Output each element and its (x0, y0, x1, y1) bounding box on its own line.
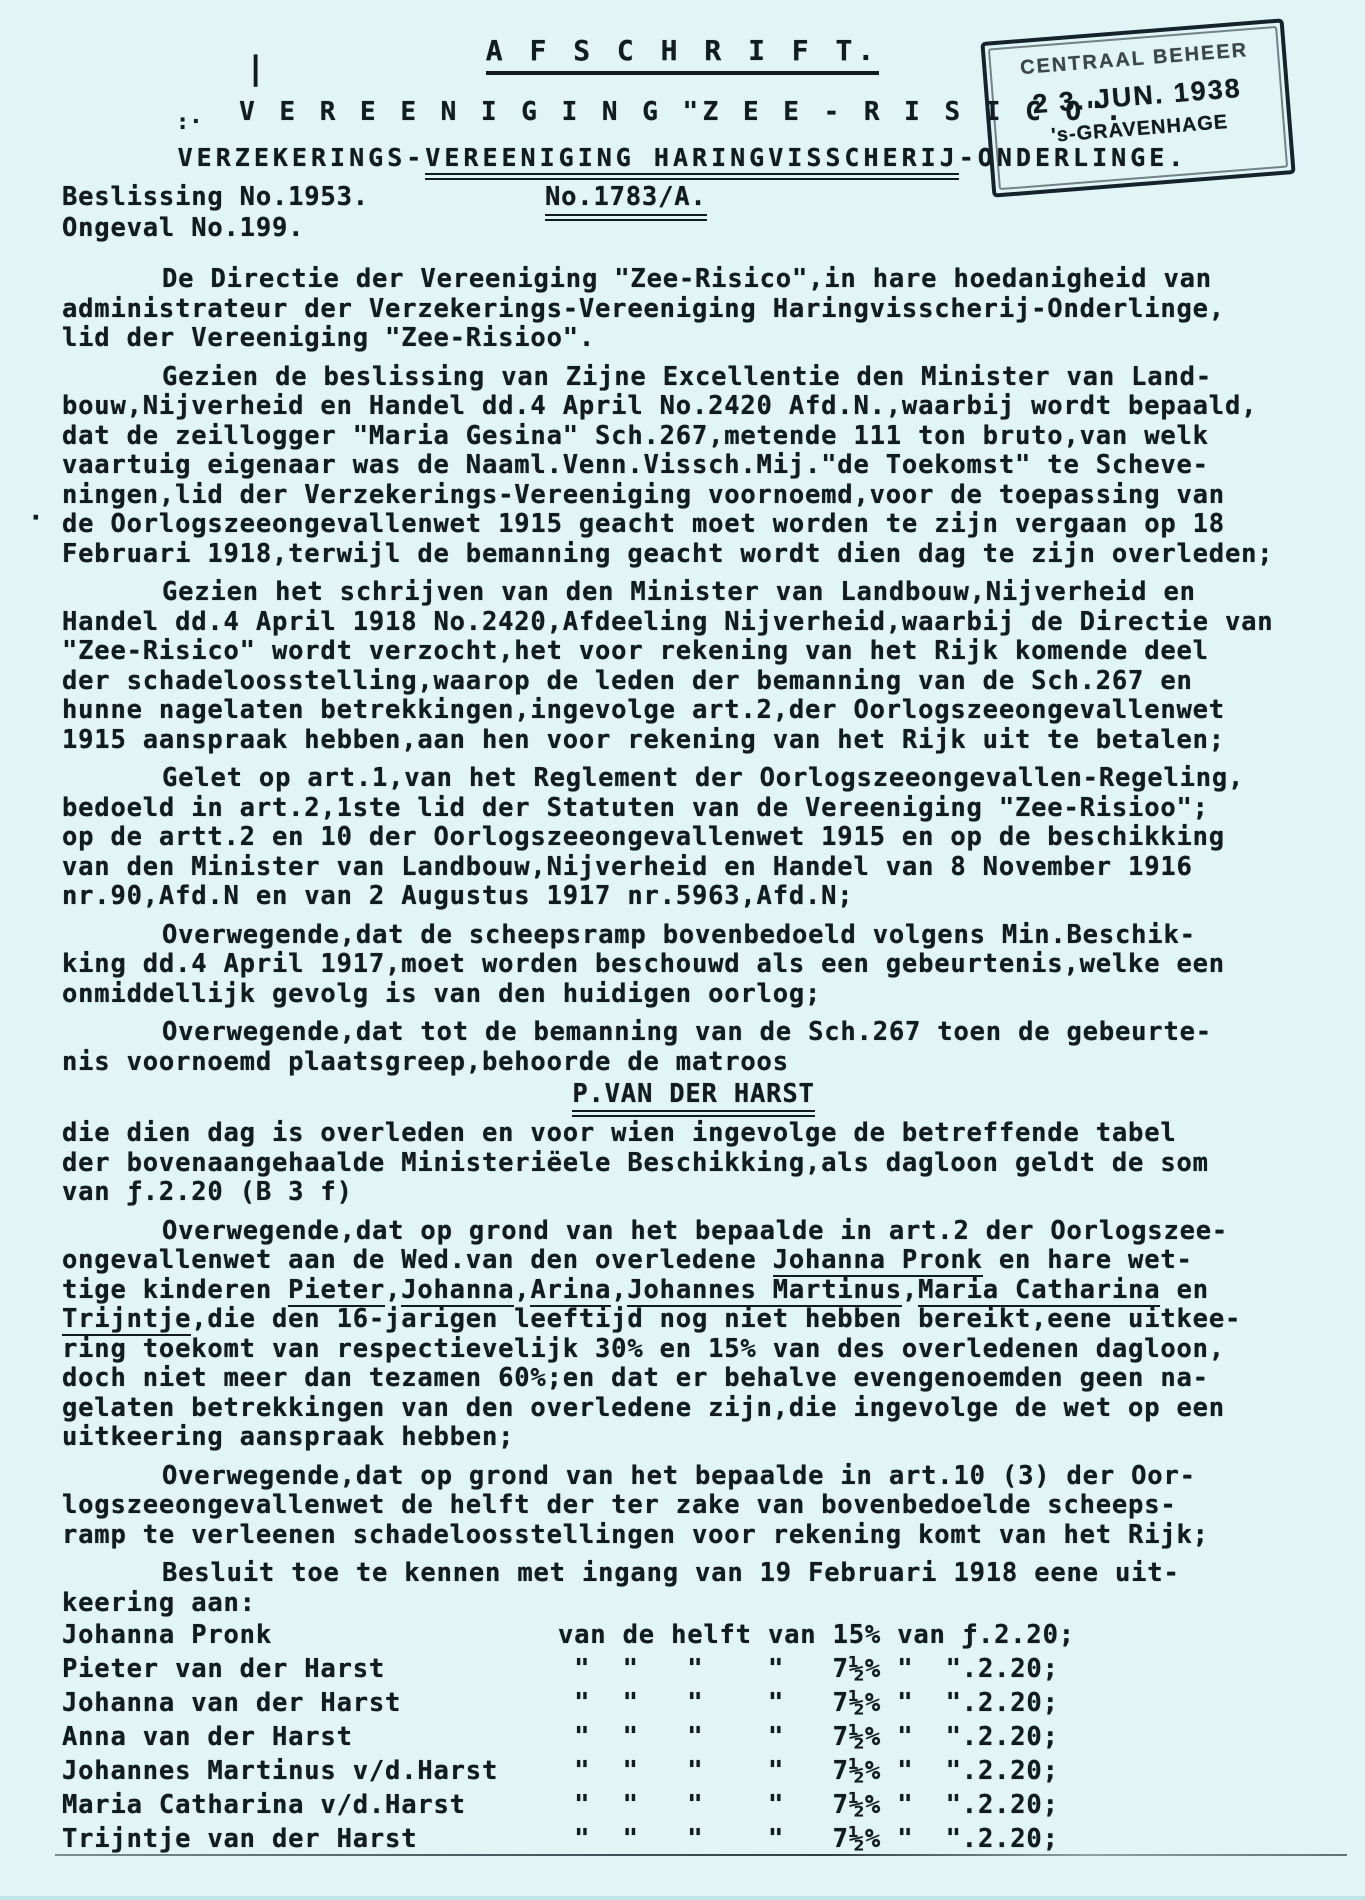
underlined-name: Johanna (401, 1275, 514, 1307)
text-line: hunne nagelaten betrekkingen,ingevolge a… (62, 696, 1325, 726)
beneficiary-name: Maria Catharina v/d.Harst (62, 1788, 558, 1822)
text-line: ramp te verleenen schadeloosstellingen v… (62, 1521, 1325, 1551)
text-line: De Directie der Vereeniging "Zee-Risico"… (62, 265, 1325, 295)
text-line: Handel dd.4 April 1918 No.2420,Afdeeling… (62, 608, 1325, 638)
text-line: Overwegende,dat de scheepsramp bovenbedo… (62, 921, 1325, 951)
underlined-name: Maria Catharina (918, 1275, 1160, 1307)
paragraph: Overwegende,dat op grond van het bepaald… (62, 1217, 1325, 1453)
text-line: Besluit toe te kennen met ingang van 19 … (62, 1559, 1325, 1589)
award-value: " " " " 7½% " ".2.20; (558, 1756, 1059, 1786)
text-segment: de Oorlogszeeongevallenwet 1915 geacht m… (62, 509, 1225, 539)
paragraph: De Directie der Vereeniging "Zee-Risico"… (62, 265, 1325, 354)
award-row: Johanna van der Harst " " " " 7½% " ".2.… (62, 1686, 1325, 1720)
text-segment: logszeeongevallenwet de helft der ter za… (62, 1490, 1177, 1520)
text-line: der schadeloosstelling,waarop de leden d… (62, 667, 1325, 697)
text-line: Overwegende,dat tot de bemanning van de … (62, 1018, 1325, 1048)
text-line: lid der Vereeniging "Zee-Risioo". (62, 324, 1325, 354)
association-line-underlined: VEREENIGING HARINGVISSCHERIJ (425, 143, 958, 180)
text-line: 1915 aanspraak hebben,aan hen voor reken… (62, 726, 1325, 756)
person-name-heading: P.VAN DER HARST (62, 1079, 1325, 1110)
text-line: op de artt.2 en 10 der Oorlogszeeongeval… (62, 823, 1325, 853)
text-line: Overwegende,dat op grond van het bepaald… (62, 1217, 1325, 1247)
text-segment: Handel dd.4 April 1918 No.2420,Afdeeling… (62, 607, 1273, 637)
paragraph: Gelet op art.1,van het Reglement der Oor… (62, 764, 1325, 912)
date-stamp: CENTRAAL BEHEER 2 3. JUN. 1938 's-GRAVEN… (980, 18, 1295, 197)
text-segment: Overwegende,dat tot de bemanning van de … (162, 1017, 1212, 1047)
text-line: die dien dag is overleden en voor wien i… (62, 1119, 1325, 1149)
text-segment: , (385, 1275, 401, 1305)
text-segment: Gezien de beslissing van Zijne Excellent… (162, 362, 1212, 392)
text-line: "Zee-Risico" wordt verzocht,het voor rek… (62, 637, 1325, 667)
text-segment: van den Minister van Landbouw,Nijverheid… (62, 852, 1193, 882)
decision-number: Beslissing No.1953. (62, 182, 369, 212)
text-segment: De Directie der Vereeniging "Zee-Risico"… (162, 264, 1212, 294)
text-segment: ,die den 16-jarigen leeftijd nog niet he… (191, 1304, 1241, 1334)
text-line: Gezien het schrijven van den Minister va… (62, 578, 1325, 608)
text-segment: gelaten betrekkingen van den overledene … (62, 1393, 1225, 1423)
text-line: vaartuig eigenaar was de Naaml.Venn.Viss… (62, 451, 1325, 481)
text-segment: Overwegende,dat op grond van het bepaald… (162, 1216, 1228, 1246)
beneficiary-name: Johannes Martinus v/d.Harst (62, 1754, 558, 1788)
paragraph: die dien dag is overleden en voor wien i… (62, 1119, 1325, 1208)
text-segment: onmiddellijk gevolg is van den huidigen … (62, 979, 821, 1009)
text-segment: king dd.4 April 1917,moet worden beschou… (62, 949, 1225, 979)
text-segment: ongevallenwet aan de Wed.van den overled… (62, 1245, 773, 1275)
text-segment: , (611, 1275, 627, 1305)
text-segment: bouw,Nijverheid en Handel dd.4 April No.… (62, 391, 1257, 421)
text-segment: der schadeloosstelling,waarop de leden d… (62, 666, 1193, 696)
beneficiary-name: Trijntje van der Harst (62, 1822, 558, 1856)
text-line: dat de zeillogger "Maria Gesina" Sch.267… (62, 422, 1325, 452)
text-line: ningen,lid der Verzekerings-Vereeniging … (62, 481, 1325, 511)
text-segment: Gezien het schrijven van den Minister va… (162, 577, 1196, 607)
text-segment: keering aan: (62, 1588, 256, 1618)
scan-edge (0, 1896, 1365, 1900)
text-segment: 1915 aanspraak hebben,aan hen voor reken… (62, 725, 1225, 755)
document-body: De Directie der Vereeniging "Zee-Risico"… (0, 244, 1365, 1856)
text-segment: uitkeering aanspraak hebben; (62, 1422, 514, 1452)
text-segment: nr.90,Afd.N en van 2 Augustus 1917 nr.59… (62, 881, 853, 911)
paragraph: Gezien de beslissing van Zijne Excellent… (62, 363, 1325, 570)
paragraph: Overwegende,dat tot de bemanning van de … (62, 1018, 1325, 1077)
text-segment: van ƒ.2.20 (B 3 f) (62, 1177, 353, 1207)
text-line: Gelet op art.1,van het Reglement der Oor… (62, 764, 1325, 794)
text-line: king dd.4 April 1917,moet worden beschou… (62, 950, 1325, 980)
text-segment: ring toekomt van respectievelijk 30% en … (62, 1334, 1225, 1364)
text-segment: , (514, 1275, 530, 1305)
paragraph: Besluit toe te kennen met ingang van 19 … (62, 1559, 1325, 1618)
text-line: Gezien de beslissing van Zijne Excellent… (62, 363, 1325, 393)
beneficiary-name: Pieter van der Harst (62, 1652, 558, 1686)
text-segment: en hare wet- (983, 1245, 1193, 1275)
person-name: P.VAN DER HARST (572, 1079, 814, 1117)
footer-rule (55, 1854, 1347, 1856)
text-line: ring toekomt van respectievelijk 30% en … (62, 1335, 1325, 1365)
text-segment: Overwegende,dat de scheepsramp bovenbedo… (162, 920, 1196, 950)
text-segment: Besluit toe te kennen met ingang van 19 … (162, 1558, 1180, 1588)
text-segment: administrateur der Verzekerings-Vereenig… (62, 294, 1225, 324)
association-line-pre: VERZEKERINGS- (178, 143, 426, 172)
text-segment: Februari 1918,terwijl de bemanning geach… (62, 539, 1273, 569)
award-row: Pieter van der Harst " " " " 7½% " ".2.2… (62, 1652, 1325, 1686)
award-row: Johannes Martinus v/d.Harst " " " " 7½% … (62, 1754, 1325, 1788)
text-line: tige kinderen Pieter,Johanna,Arina,Johan… (62, 1276, 1325, 1306)
text-segment: ramp te verleenen schadeloosstellingen v… (62, 1520, 1209, 1550)
text-segment: lid der Vereeniging "Zee-Risioo". (62, 323, 595, 353)
text-segment: ningen,lid der Verzekerings-Vereeniging … (62, 480, 1225, 510)
award-value: " " " " 7½% " ".2.20; (558, 1824, 1059, 1854)
text-line: bouw,Nijverheid en Handel dd.4 April No.… (62, 392, 1325, 422)
text-line: doch niet meer dan tezamen 60%;en dat er… (62, 1364, 1325, 1394)
scan-artifact: | (246, 52, 265, 84)
text-segment: tige kinderen (62, 1275, 288, 1305)
text-segment: op de artt.2 en 10 der Oorlogszeeongeval… (62, 822, 1225, 852)
text-line: de Oorlogszeeongevallenwet 1915 geacht m… (62, 510, 1325, 540)
text-segment: die dien dag is overleden en voor wien i… (62, 1118, 1177, 1148)
text-segment: Gelet op art.1,van het Reglement der Oor… (162, 763, 1244, 793)
text-line: ongevallenwet aan de Wed.van den overled… (62, 1246, 1325, 1276)
beneficiary-name: Anna van der Harst (62, 1720, 558, 1754)
text-line: van den Minister van Landbouw,Nijverheid… (62, 853, 1325, 883)
text-segment: en (1160, 1275, 1208, 1305)
award-value: " " " " 7½% " ".2.20; (558, 1654, 1059, 1684)
award-value: " " " " 7½% " ".2.20; (558, 1722, 1059, 1752)
text-line: uitkeering aanspraak hebben; (62, 1423, 1325, 1453)
text-segment: , (902, 1275, 918, 1305)
document-title: A F S C H R I F T. (486, 34, 879, 75)
text-segment: nis voornoemd plaatsgreep,behoorde de ma… (62, 1047, 789, 1077)
document-page: CENTRAAL BEHEER 2 3. JUN. 1938 's-GRAVEN… (0, 0, 1365, 1900)
text-line: nr.90,Afd.N en van 2 Augustus 1917 nr.59… (62, 882, 1325, 912)
scan-artifact: · (28, 505, 44, 531)
underlined-name: Johanna Pronk (773, 1245, 983, 1277)
text-line: nis voornoemd plaatsgreep,behoorde de ma… (62, 1048, 1325, 1078)
text-line: Overwegende,dat op grond van het bepaald… (62, 1462, 1325, 1492)
text-line: der bovenaangehaalde Ministeriëele Besch… (62, 1149, 1325, 1179)
dossier-number: No.1783/A. (545, 182, 707, 221)
text-segment: Overwegende,dat op grond van het bepaald… (162, 1461, 1196, 1491)
paragraph: Overwegende,dat de scheepsramp bovenbedo… (62, 921, 1325, 1010)
underlined-name: Trijntje (62, 1304, 191, 1336)
text-line: Trijntje,die den 16-jarigen leeftijd nog… (62, 1305, 1325, 1335)
text-segment: der bovenaangehaalde Ministeriëele Besch… (62, 1148, 1209, 1178)
text-segment: bedoeld in art.2,1ste lid der Statuten v… (62, 793, 1209, 823)
award-row: Maria Catharina v/d.Harst " " " " 7½% " … (62, 1788, 1325, 1822)
underlined-name: Johannes Martinus (627, 1275, 902, 1307)
award-row: Anna van der Harst " " " " 7½% " ".2.20; (62, 1720, 1325, 1754)
paragraph: Gezien het schrijven van den Minister va… (62, 578, 1325, 755)
underlined-name: Arina (530, 1275, 611, 1307)
scan-artifact: :· (176, 112, 203, 134)
reference-row: Beslissing No.1953. No.1783/A. (0, 182, 1365, 213)
text-line: van ƒ.2.20 (B 3 f) (62, 1178, 1325, 1208)
text-line: administrateur der Verzekerings-Vereenig… (62, 295, 1325, 325)
paragraph: Overwegende,dat op grond van het bepaald… (62, 1462, 1325, 1551)
award-row: Johanna Pronkvan de helft van 15% van ƒ.… (62, 1618, 1325, 1652)
award-value: van de helft van 15% van ƒ.2.20; (558, 1620, 1075, 1650)
text-segment: vaartuig eigenaar was de Naaml.Venn.Viss… (62, 450, 1209, 480)
text-line: Februari 1918,terwijl de bemanning geach… (62, 540, 1325, 570)
text-segment: hunne nagelaten betrekkingen,ingevolge a… (62, 695, 1225, 725)
text-line: onmiddellijk gevolg is van den huidigen … (62, 980, 1325, 1010)
text-segment: "Zee-Risico" wordt verzocht,het voor rek… (62, 636, 1209, 666)
text-segment: dat de zeillogger "Maria Gesina" Sch.267… (62, 421, 1209, 451)
text-line: bedoeld in art.2,1ste lid der Statuten v… (62, 794, 1325, 824)
text-line: keering aan: (62, 1589, 1325, 1619)
award-row: Trijntje van der Harst " " " " 7½% " ".2… (62, 1822, 1325, 1856)
award-value: " " " " 7½% " ".2.20; (558, 1790, 1059, 1820)
text-line: logszeeongevallenwet de helft der ter za… (62, 1491, 1325, 1521)
text-segment: doch niet meer dan tezamen 60%;en dat er… (62, 1363, 1209, 1393)
underlined-name: Pieter (288, 1275, 385, 1307)
beneficiary-name: Johanna van der Harst (62, 1686, 558, 1720)
text-line: gelaten betrekkingen van den overledene … (62, 1394, 1325, 1424)
award-value: " " " " 7½% " ".2.20; (558, 1688, 1059, 1718)
beneficiary-name: Johanna Pronk (62, 1618, 558, 1652)
